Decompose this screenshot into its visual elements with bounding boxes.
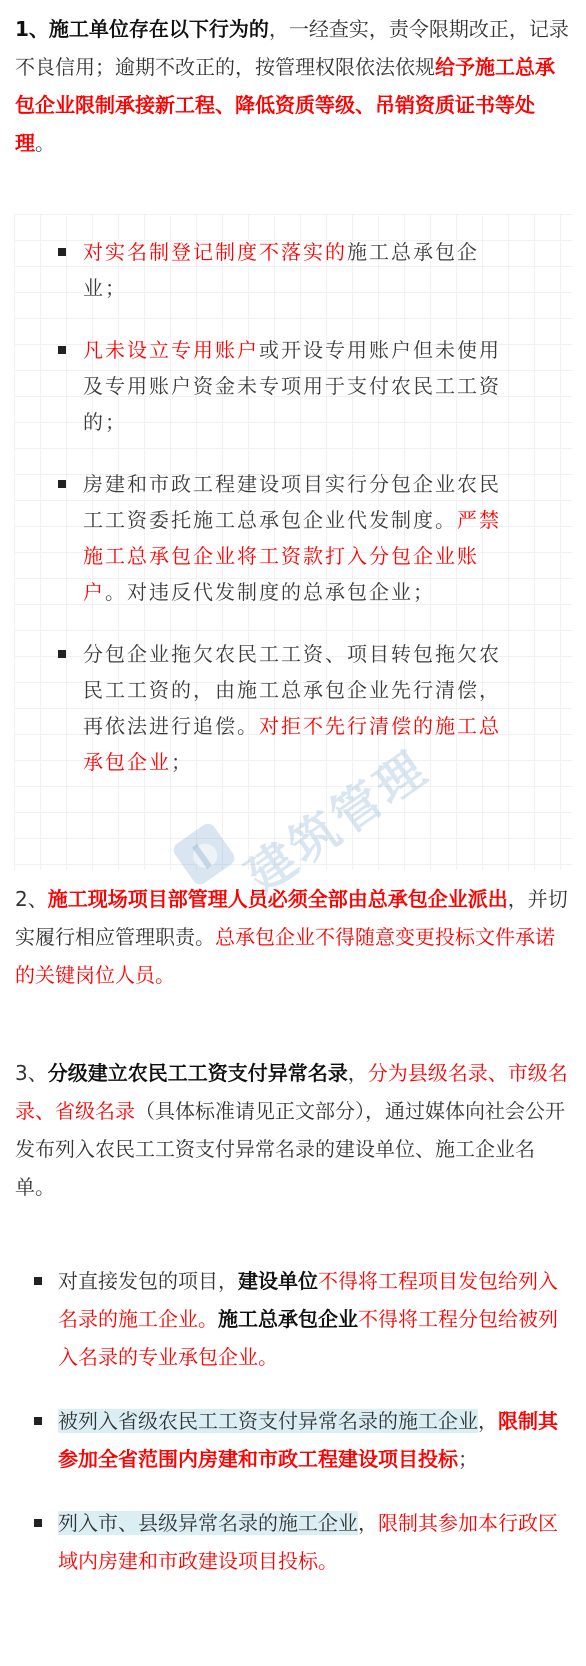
list-item-comma: ， [358,1511,378,1535]
violations-list: 对实名制登记制度不落实的施工总承包企业； 凡未设立专用账户或开设专用账户但未使用… [56,234,520,806]
section-2-paragraph: 2、施工现场项目部管理人员必须全部由总承包企业派出，并切实履行相应管理职责。总承… [15,880,573,994]
list-item-bold: 施工总承包企业 [218,1307,358,1331]
square-bullet-icon [34,1519,42,1527]
list-item-highlighted-text: 列入市、县级异常名录的施工企业 [58,1511,358,1535]
list-item: 房建和市政工程建设项目实行分包企业农民工工资委托施工总承包企业代发制度。严禁施工… [56,466,520,610]
square-bullet-icon [58,346,66,354]
list-item-red-text: 凡未设立专用账户 [83,338,259,362]
section-1-title: 施工单位存在以下行为的 [49,17,269,41]
section-3-number: 3、 [15,1061,48,1085]
section-3-title: 分级建立农民工工资支付异常名录 [48,1061,348,1085]
section-3-paragraph: 3、分级建立农民工工资支付异常名录，分为县级名录、市级名录、省级名录（具体标准请… [15,1054,573,1206]
list-item: 对直接发包的项目，建设单位不得将工程项目发包给列入名录的施工企业。施工总承包企业… [30,1262,576,1376]
section-2-number: 2、 [15,887,48,911]
list-item-end: ； [458,1447,478,1471]
abnormal-list-restrictions: 对直接发包的项目，建设单位不得将工程项目发包给列入名录的施工企业。施工总承包企业… [30,1262,576,1606]
section-3-comma: ， [348,1061,368,1085]
list-item: 被列入省级农民工工资支付异常名录的施工企业，限制其参加全省范围内房建和市政工程建… [30,1402,576,1478]
list-item-comma: ， [478,1409,498,1433]
list-item: 列入市、县级异常名录的施工企业，限制其参加本行政区域内房建和市政建设项目投标。 [30,1504,576,1580]
list-item-highlighted-text: 被列入省级农民工工资支付异常名录的施工企业 [58,1409,478,1433]
list-item-red-text: 对实名制登记制度不落实的 [83,240,347,264]
list-item: 分包企业拖欠农民工工资、项目转包拖欠农民工工资的，由施工总承包企业先行清偿，再依… [56,636,520,780]
list-item-text: 房建和市政工程建设项目实行分包企业农民工工资委托施工总承包企业代发制度。 [83,472,501,532]
section-2-red-bold: 施工现场项目部管理人员必须全部由总承包企业派出 [48,887,508,911]
section-1-end: 。 [35,131,55,155]
square-bullet-icon [34,1417,42,1425]
list-item-bold: 建设单位 [238,1269,318,1293]
square-bullet-icon [58,650,66,658]
section-1-number: 1、 [15,17,49,41]
list-item: 凡未设立专用账户或开设专用账户但未使用及专用账户资金未专项用于支付农民工工资的； [56,332,520,440]
list-item-text: 对直接发包的项目， [58,1269,238,1293]
list-item-text-after: 。对违反代发制度的总承包企业； [105,580,435,604]
list-item: 对实名制登记制度不落实的施工总承包企业； [56,234,520,306]
square-bullet-icon [34,1277,42,1285]
square-bullet-icon [58,480,66,488]
section-1-paragraph: 1、施工单位存在以下行为的，一经查实，责令限期改正，记录不良信用；逾期不改正的，… [15,10,573,162]
list-item-text-after: ； [171,750,193,774]
square-bullet-icon [58,248,66,256]
